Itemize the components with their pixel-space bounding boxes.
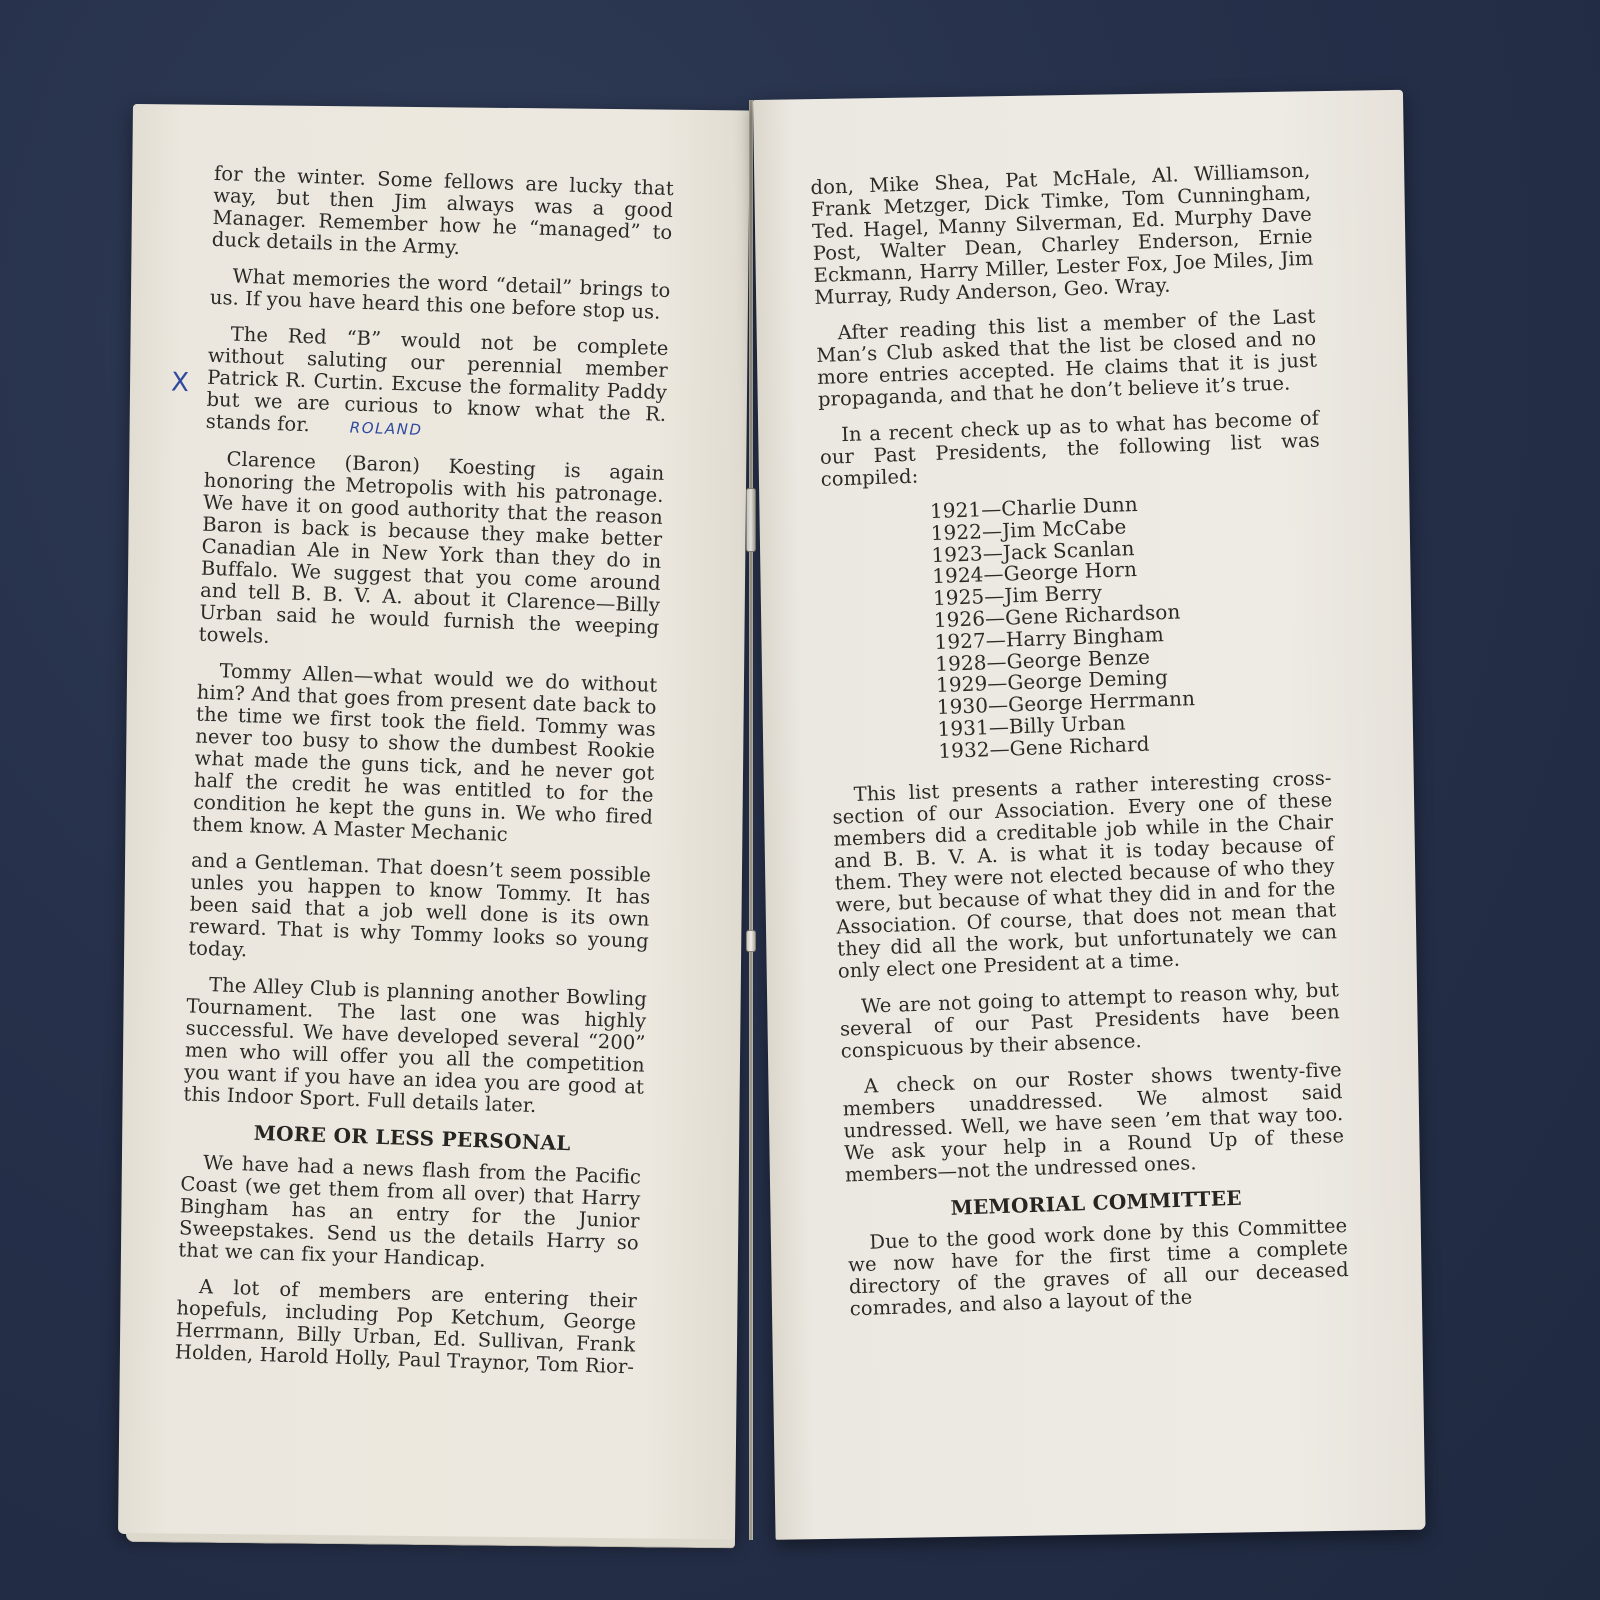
paragraph-text: The Red “B” would not be complete withou… [205,322,668,436]
paragraph: Clarence (Baron) Koesting is again honor… [198,448,664,661]
paragraph-curtin: The Red “B” would not be complete withou… [205,323,668,449]
paragraph: After reading this list a member of the … [815,306,1318,411]
paragraph: The Alley Club is planning another Bowli… [183,973,647,1120]
paragraph: In a recent check up as to what has beco… [819,408,1321,491]
handwritten-margin-mark: X [171,372,191,395]
staple [746,488,756,552]
paragraph: A lot of members are entering their hope… [175,1275,638,1378]
staple [746,930,756,952]
right-page: don, Mike Shea, Pat McHale, Al. Williams… [753,90,1426,1540]
paragraph: A check on our Roster shows twenty-five … [842,1059,1346,1186]
paragraph: This list presents a rather interesting … [831,767,1338,982]
open-booklet: X for the winter. Some fellows are lucky… [0,0,1600,1600]
paragraph: What memories the word “detail” brings t… [210,265,671,324]
right-page-text: don, Mike Shea, Pat McHale, Al. Williams… [810,160,1350,1334]
handwritten-note: ROLAND [350,418,423,438]
booklet-spine [749,100,753,1540]
left-page: X for the winter. Some fellows are lucky… [118,104,750,1540]
paragraph: Tommy Allen—what would we do without him… [192,660,658,851]
past-presidents-list: 1921—Charlie Dunn1922—Jim McCabe1923—Jac… [930,487,1331,762]
paragraph: Due to the good work done by this Commit… [847,1215,1350,1320]
paragraph: for the winter. Some fellows are lucky t… [211,163,674,266]
section-heading: MORE OR LESS PERSONAL [182,1119,642,1156]
paragraph: don, Mike Shea, Pat McHale, Al. Williams… [810,160,1314,309]
left-page-text: X for the winter. Some fellows are lucky… [174,163,674,1393]
paragraph: We are not going to attempt to reason wh… [839,979,1341,1062]
paragraph: We have had a news flash from the Pacifi… [178,1151,641,1276]
paragraph: and a Gentleman. That doesn’t seem possi… [188,849,651,974]
